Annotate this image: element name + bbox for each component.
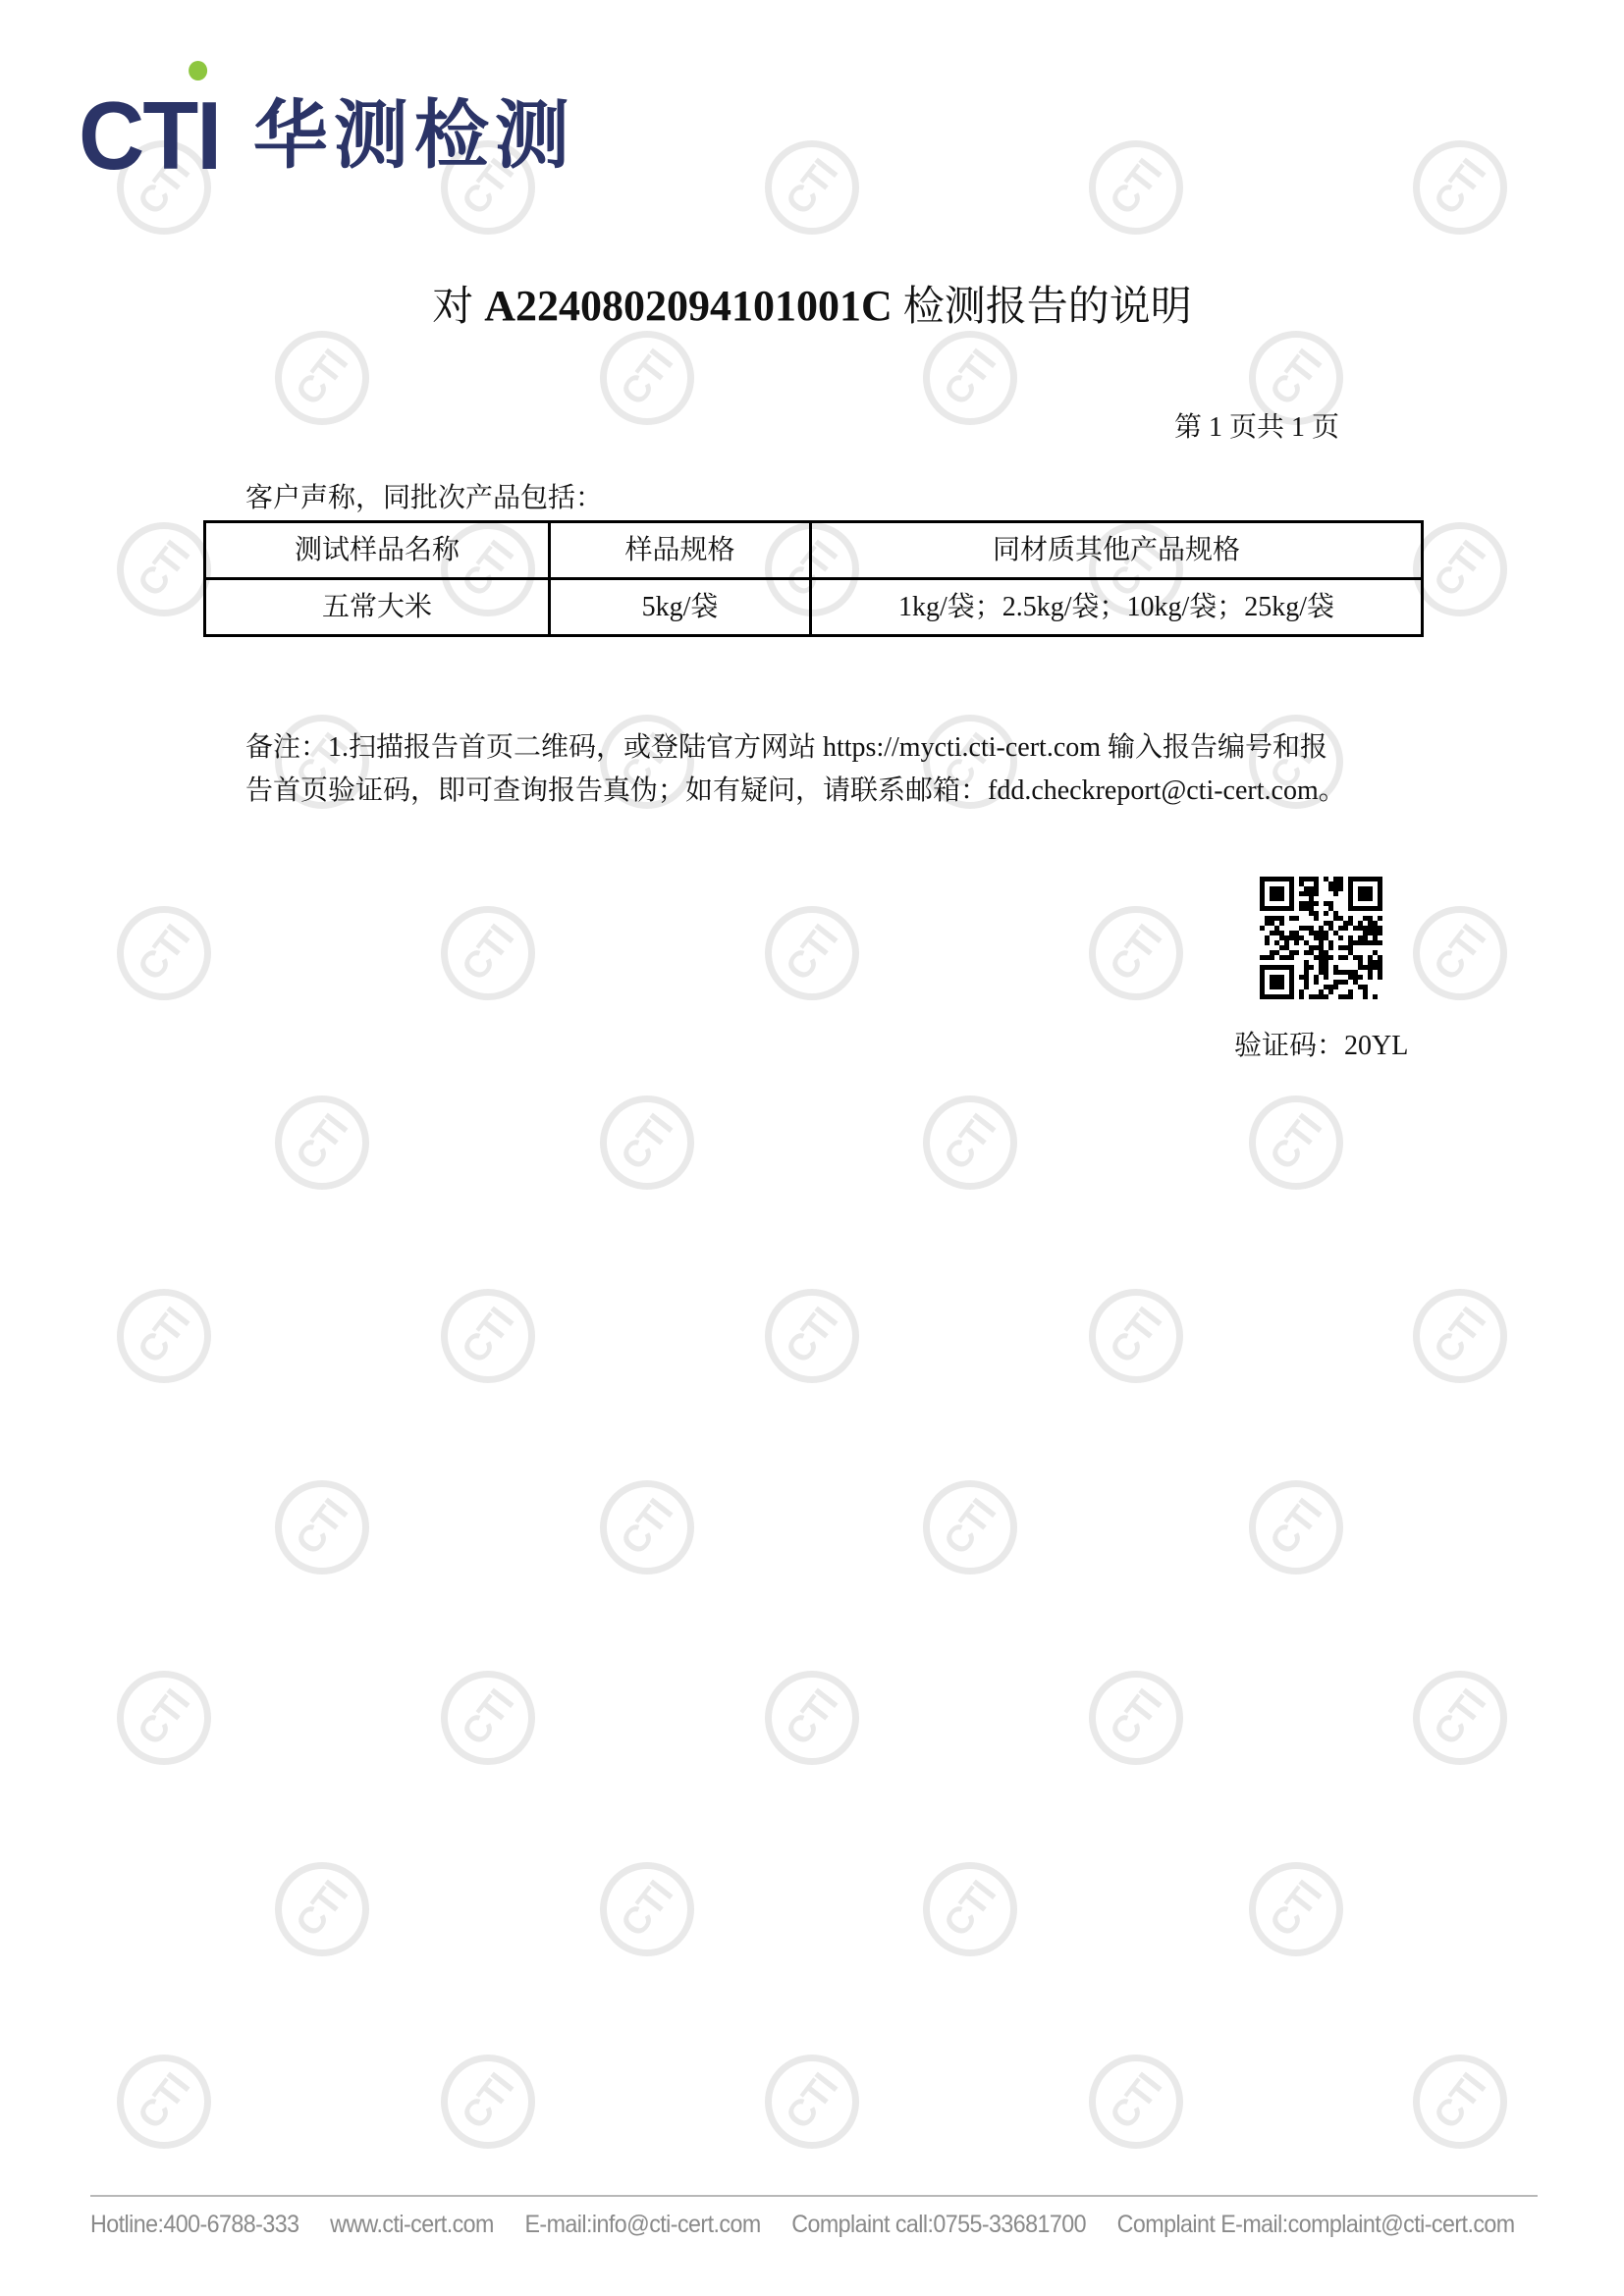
title-prefix: 对: [432, 282, 473, 330]
cti-watermark-icon: CTI: [600, 331, 694, 425]
cti-watermark-icon: CTI: [117, 1671, 211, 1765]
table-header-row: 测试样品名称 样品规格 同材质其他产品规格: [205, 522, 1423, 579]
cti-watermark-icon: CTI: [923, 331, 1017, 425]
report-number: A2240802094101001C: [484, 282, 893, 330]
logo-brand-text: CTI: [79, 81, 220, 189]
cti-watermark-icon: CTI: [600, 1095, 694, 1190]
cti-watermark-icon: CTI: [275, 331, 369, 425]
cti-watermark-icon: CTI: [1089, 140, 1183, 235]
qr-code-icon[interactable]: [1260, 877, 1382, 999]
remarks-line-2: 告首页验证码，即可查询报告真伪；如有疑问，请联系邮箱：fdd.checkrepo…: [245, 770, 1424, 813]
cti-watermark-icon: CTI: [117, 1289, 211, 1383]
company-logo: CTI 华测检测: [79, 57, 575, 175]
cti-watermark-icon: CTI: [441, 1671, 535, 1765]
cti-watermark-icon: CTI: [923, 1862, 1017, 1956]
watermark-layer: CTICTICTICTICTICTICTICTICTICTICTICTICTIC…: [0, 0, 1624, 2296]
cti-watermark-icon: CTI: [1413, 2055, 1507, 2149]
remarks-line-1: 备注：1.扫描报告首页二维码，或登陆官方网站 https://mycti.cti…: [245, 726, 1424, 770]
cti-watermark-icon: CTI: [1249, 1480, 1343, 1575]
intro-text: 客户声称，同批次产品包括：: [245, 479, 603, 518]
logo-brand: CTI: [79, 96, 220, 175]
cti-watermark-icon: CTI: [1089, 2055, 1183, 2149]
cti-watermark-icon: CTI: [1413, 1671, 1507, 1765]
cti-watermark-icon: CTI: [765, 140, 859, 235]
cti-watermark-icon: CTI: [1413, 522, 1507, 616]
product-spec-table: 测试样品名称 样品规格 同材质其他产品规格 五常大米 5kg/袋 1kg/袋；2…: [203, 520, 1424, 637]
cti-watermark-icon: CTI: [441, 2055, 535, 2149]
footer-complaint-call: Complaint call:0755-33681700: [791, 2211, 1086, 2239]
title-suffix: 检测报告的说明: [903, 282, 1192, 330]
verification-code: 验证码：20YL: [1234, 1027, 1408, 1066]
cti-watermark-icon: CTI: [117, 522, 211, 616]
cti-watermark-icon: CTI: [441, 1289, 535, 1383]
page-indicator: 第 1 页共 1 页: [1174, 408, 1339, 448]
header-sample-spec: 样品规格: [550, 522, 811, 579]
cti-watermark-icon: CTI: [275, 1095, 369, 1190]
cti-watermark-icon: CTI: [1413, 140, 1507, 235]
logo-dot-icon: [189, 61, 207, 80]
header-sample-name: 测试样品名称: [205, 522, 550, 579]
cti-watermark-icon: CTI: [1089, 1671, 1183, 1765]
cti-watermark-icon: CTI: [441, 906, 535, 1000]
logo-name-cn: 华测检测: [253, 96, 575, 175]
cti-watermark-icon: CTI: [1089, 906, 1183, 1000]
cti-watermark-icon: CTI: [117, 906, 211, 1000]
cti-watermark-icon: CTI: [1249, 1095, 1343, 1190]
cell-sample-name: 五常大米: [205, 579, 550, 636]
cti-watermark-icon: CTI: [600, 1862, 694, 1956]
cti-watermark-icon: CTI: [1249, 1862, 1343, 1956]
document-title: 对 A2240802094101001C 检测报告的说明: [0, 277, 1624, 336]
footer-contacts: Hotline:400-6788-333 www.cti-cert.com E-…: [90, 2211, 1441, 2239]
header-other-specs: 同材质其他产品规格: [811, 522, 1423, 579]
cti-watermark-icon: CTI: [600, 1480, 694, 1575]
footer-email: E-mail:info@cti-cert.com: [524, 2211, 760, 2239]
cti-watermark-icon: CTI: [275, 1862, 369, 1956]
cti-watermark-icon: CTI: [765, 906, 859, 1000]
cti-watermark-icon: CTI: [1089, 1289, 1183, 1383]
cti-watermark-icon: CTI: [1413, 906, 1507, 1000]
footer-complaint-email: Complaint E-mail:complaint@cti-cert.com: [1117, 2211, 1515, 2239]
footer-hotline: Hotline:400-6788-333: [90, 2211, 298, 2239]
cell-sample-spec: 5kg/袋: [550, 579, 811, 636]
table-row: 五常大米 5kg/袋 1kg/袋；2.5kg/袋；10kg/袋；25kg/袋: [205, 579, 1423, 636]
cell-other-specs: 1kg/袋；2.5kg/袋；10kg/袋；25kg/袋: [811, 579, 1423, 636]
cti-watermark-icon: CTI: [765, 1289, 859, 1383]
footer-website: www.cti-cert.com: [330, 2211, 494, 2239]
remarks: 备注：1.扫描报告首页二维码，或登陆官方网站 https://mycti.cti…: [245, 726, 1424, 813]
cti-watermark-icon: CTI: [923, 1480, 1017, 1575]
cti-watermark-icon: CTI: [765, 1671, 859, 1765]
cti-watermark-icon: CTI: [117, 2055, 211, 2149]
cti-watermark-icon: CTI: [275, 1480, 369, 1575]
footer-divider: [90, 2195, 1538, 2197]
cti-watermark-icon: CTI: [1413, 1289, 1507, 1383]
cti-watermark-icon: CTI: [765, 2055, 859, 2149]
cti-watermark-icon: CTI: [923, 1095, 1017, 1190]
